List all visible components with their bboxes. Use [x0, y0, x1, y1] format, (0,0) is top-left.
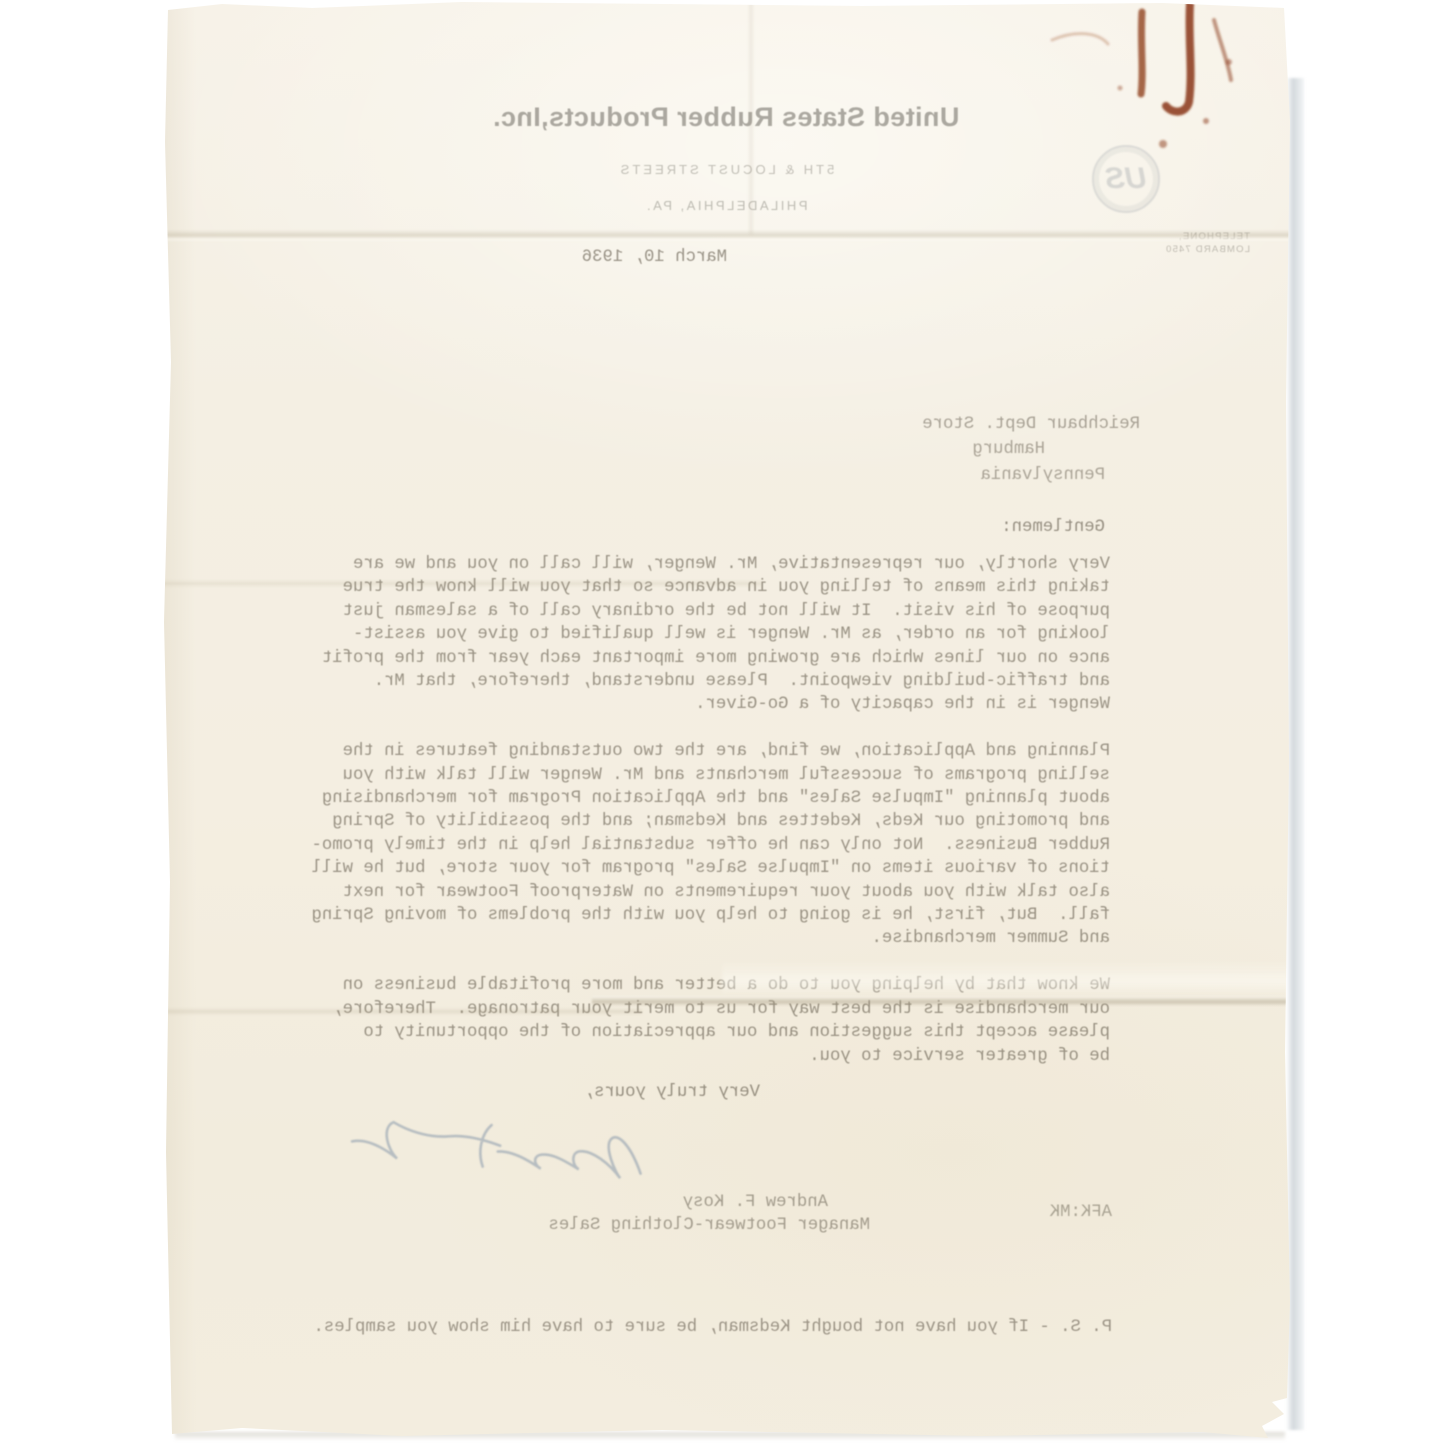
letter-date: March 10, 1936 [582, 248, 727, 267]
body-line: about planning "Impulse Sales" and the A… [290, 787, 1110, 810]
letterhead-telephone: TELEPHONE, LOMBARD 7450 [1165, 230, 1250, 256]
body-line: Rubber Business. Not only can he offer s… [290, 834, 1110, 857]
complimentary-closing: Very truly yours, [584, 1083, 760, 1102]
recipient-line: Hamburg [972, 440, 1045, 459]
body-line: fall. But, first, he is going to help yo… [290, 904, 1110, 927]
body-line: Wenger is in the capacity of a Go-Giver. [290, 693, 1110, 716]
reference-initials: AFK:MK [1050, 1203, 1112, 1222]
letter-paper-back-side: US United States Rubber Products,Inc. 5T… [162, 2, 1290, 1438]
body-line: tions of various items on "Impulse Sales… [290, 857, 1110, 880]
body-line: and traffic-building viewpoint. Please u… [290, 670, 1110, 693]
letter-body: Very shortly, our representative, Mr. We… [290, 553, 1110, 1068]
body-line: Planning and Application, we find, are t… [290, 740, 1110, 763]
body-line: ance on our lines which are growing more… [290, 647, 1110, 670]
body-line: We know that by helping you to do a bett… [290, 974, 1110, 997]
body-line: Very shortly, our representative, Mr. We… [290, 553, 1110, 576]
body-line: please accept this suggestion and our ap… [290, 1021, 1110, 1044]
letterhead-street-address: 5TH & LOCUST STREETS [162, 162, 1290, 177]
scanned-letter-photo: US United States Rubber Products,Inc. 5T… [0, 0, 1445, 1445]
company-name: United States Rubber Products,Inc. [162, 102, 1290, 133]
handwritten-signature [327, 1094, 652, 1201]
recipient-line: Reichbaur Dept. Store [922, 415, 1140, 434]
salutation: Gentlemen: [1001, 518, 1105, 537]
body-line: and Summer merchandise. [290, 927, 1110, 950]
signer-title: Manager Footwear-Clothing Sales [549, 1216, 870, 1235]
body-line: looking for an order, as Mr. Wenger is w… [290, 623, 1110, 646]
body-line [290, 717, 1110, 740]
postscript-line: P. S. - If you have not bought Kedsman, … [313, 1318, 1112, 1337]
mirrored-showthrough-content: US United States Rubber Products,Inc. 5T… [162, 2, 1290, 1438]
letterhead-city-state: PHILADELPHIA, PA. [162, 198, 1290, 213]
body-line: purpose of his visit. It will not be the… [290, 600, 1110, 623]
body-line: be of greater service to you. [290, 1045, 1110, 1068]
body-line: taking this means of telling you in adva… [290, 576, 1110, 599]
recipient-line: Pennsylvania [981, 466, 1105, 485]
body-line: our merchandise is the best way for us t… [290, 998, 1110, 1021]
body-line: selling programs of successful merchants… [290, 764, 1110, 787]
signer-name: Andrew F. Kosy [683, 1193, 828, 1212]
body-line [290, 951, 1110, 974]
body-line: also talk with you about your requiremen… [290, 881, 1110, 904]
body-line: and promoting our Keds, Kedettes and Ked… [290, 810, 1110, 833]
